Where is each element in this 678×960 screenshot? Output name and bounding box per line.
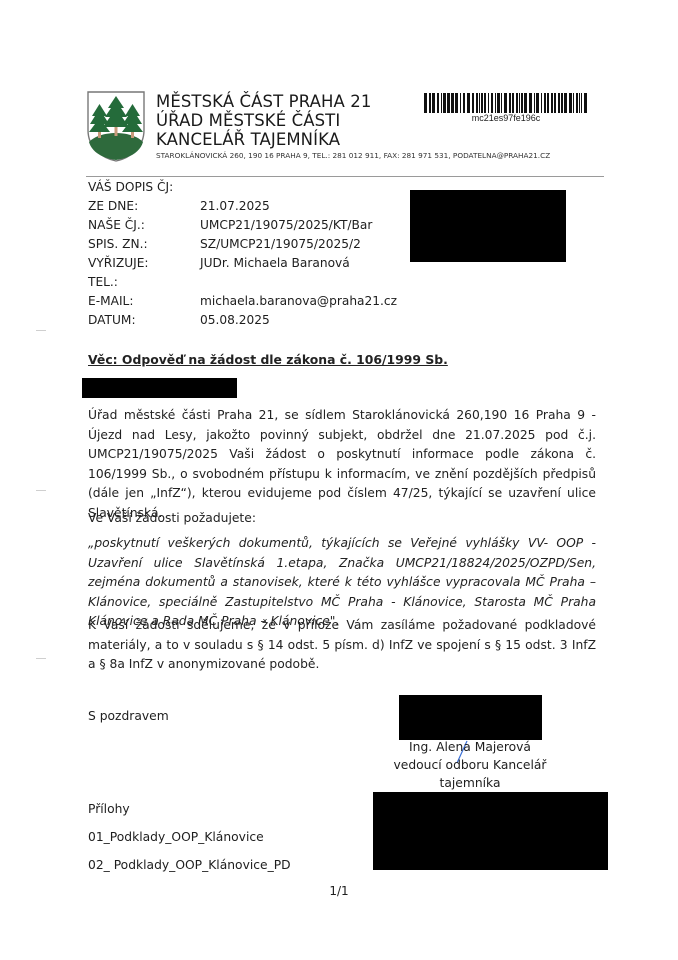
attachment-item[interactable]: 01_Podklady_OOP_Klánovice [88, 830, 264, 844]
attachments-title: Přílohy [88, 802, 130, 816]
header-divider [86, 176, 604, 177]
redacted-stamp [373, 792, 608, 870]
body-paragraph-3: K Vaší žádosti sdělujeme, že v příloze V… [88, 616, 596, 675]
margin-mark [36, 658, 46, 659]
reference-value: JUDr. Michaela Baranová [200, 254, 350, 273]
reference-value: UMCP21/19075/2025/KT/Bar [200, 216, 372, 235]
redacted-signature [399, 695, 542, 740]
reference-value: 21.07.2025 [200, 197, 270, 216]
reference-row: ZE DNE:21.07.2025 [88, 197, 397, 216]
redacted-salutation [82, 378, 237, 398]
org-name-line2: ÚŘAD MĚSTSKÉ ČÁSTI [156, 111, 340, 130]
org-name-line1: MĚSTSKÁ ČÁST PRAHA 21 [156, 92, 371, 111]
barcode-icon [424, 93, 588, 113]
reference-label: SPIS. ZN.: [88, 235, 200, 254]
reference-label: DATUM: [88, 311, 200, 330]
body-paragraph-2: Ve Vaší žádosti požadujete: [88, 509, 596, 529]
signer-name: Ing. Alena Majerová [365, 738, 575, 756]
reference-value: SZ/UMCP21/19075/2025/2 [200, 235, 361, 254]
reference-label: TEL.: [88, 273, 200, 292]
reference-label: E-MAIL: [88, 292, 200, 311]
redacted-recipient-address [410, 190, 566, 262]
subject-line: Věc: Odpověď na žádost dle zákona č. 106… [88, 352, 448, 367]
reference-value: michaela.baranova@praha21.cz [200, 292, 397, 311]
reference-row: DATUM:05.08.2025 [88, 311, 397, 330]
reference-row: TEL.: [88, 273, 397, 292]
reference-label: ZE DNE: [88, 197, 200, 216]
reference-row: NAŠE ČJ.:UMCP21/19075/2025/KT/Bar [88, 216, 397, 235]
barcode-text: mc21es97fe196c [424, 113, 588, 123]
page-number: 1/1 [0, 884, 678, 898]
margin-mark [36, 330, 46, 331]
reference-row: SPIS. ZN.:SZ/UMCP21/19075/2025/2 [88, 235, 397, 254]
reference-block: VÁŠ DOPIS ČJ:ZE DNE:21.07.2025NAŠE ČJ.:U… [88, 178, 397, 330]
body-paragraph-1: Úřad městské části Praha 21, se sídlem S… [88, 406, 596, 523]
reference-row: E-MAIL:michaela.baranova@praha21.cz [88, 292, 397, 311]
reference-value: 05.08.2025 [200, 311, 270, 330]
org-address: STAROKLÁNOVICKÁ 260, 190 16 PRAHA 9, TEL… [156, 151, 550, 160]
reference-row: VÁŠ DOPIS ČJ: [88, 178, 397, 197]
reference-label: NAŠE ČJ.: [88, 216, 200, 235]
attachment-item[interactable]: 02_ Podklady_OOP_Klánovice_PD [88, 858, 291, 872]
reference-label: VYŘIZUJE: [88, 254, 200, 273]
reference-row: VYŘIZUJE:JUDr. Michaela Baranová [88, 254, 397, 273]
reference-label: VÁŠ DOPIS ČJ: [88, 178, 200, 197]
closing-greeting: S pozdravem [88, 709, 169, 723]
signature-block: Ing. Alena Majerová vedoucí odboru Kance… [365, 738, 575, 792]
margin-mark [36, 490, 46, 491]
coat-of-arms-icon [86, 90, 146, 162]
org-name-line3: KANCELÁŘ TAJEMNÍKA [156, 130, 340, 149]
signer-title: vedoucí odboru Kancelář tajemníka [365, 756, 575, 792]
